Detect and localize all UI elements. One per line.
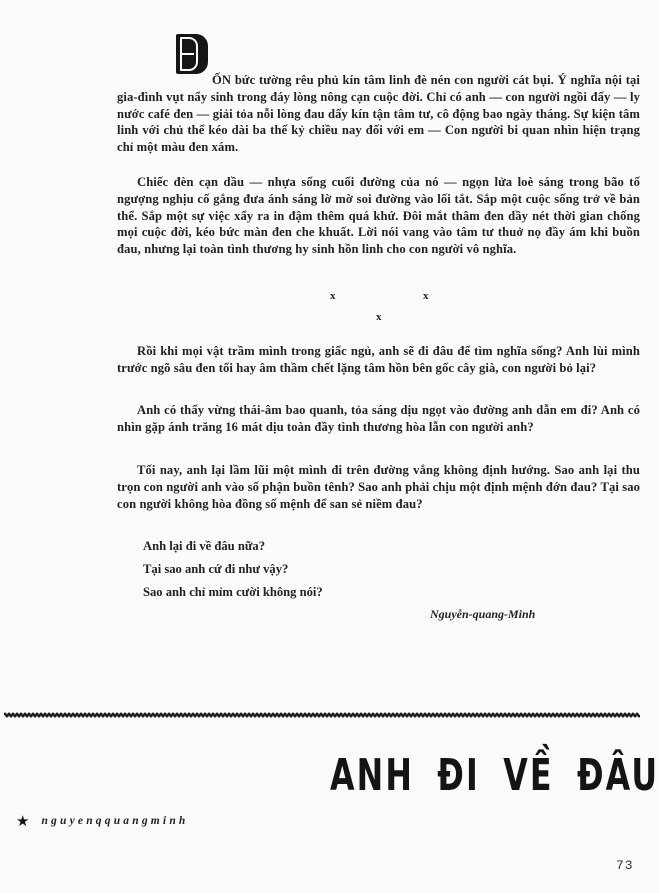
- drop-cap-letter-outline: [180, 37, 198, 71]
- question-line: Tại sao anh cứ đi như vậy?: [143, 562, 288, 577]
- question-line: Anh lại đi về đâu nữa?: [143, 539, 265, 554]
- section-break-mark: x: [423, 290, 429, 302]
- star-icon: ★: [16, 812, 29, 830]
- paragraph-5: Tối nay, anh lại lầm lũi một mình đi trê…: [117, 462, 640, 512]
- paragraph-4-text: Anh có thấy vừng thái-âm bao quanh, tỏa …: [117, 402, 640, 436]
- paragraph-2: Chiếc đèn cạn dầu — nhựa sống cuối đường…: [117, 174, 640, 258]
- paragraph-3-text: Rồi khi mọi vật trầm mình trong giấc ngủ…: [117, 343, 640, 377]
- byline-author: nguyenqquangminh: [41, 815, 188, 827]
- paragraph-5-text: Tối nay, anh lại lầm lũi một mình đi trê…: [117, 462, 640, 512]
- next-article-title: ANH ĐI VỀ ĐÂU: [330, 752, 659, 800]
- question-line: Sao anh chỉ mỉm cười không nói?: [143, 585, 323, 600]
- page-number: 73: [616, 858, 634, 873]
- section-break-mark: x: [330, 290, 336, 302]
- drop-cap: [176, 34, 208, 74]
- section-break-mark: x: [376, 311, 382, 323]
- paragraph-3: Rồi khi mọi vật trầm mình trong giấc ngủ…: [117, 343, 640, 377]
- wavy-divider: [4, 712, 640, 718]
- paragraph-2-text: Chiếc đèn cạn dầu — nhựa sống cuối đường…: [117, 174, 640, 258]
- paragraph-1: ỐN bức tường rêu phủ kín tâm linh đè nén…: [117, 72, 640, 156]
- magazine-page: ỐN bức tường rêu phủ kín tâm linh đè nén…: [0, 0, 659, 893]
- author-signature: Nguyễn-quang-Minh: [430, 607, 535, 622]
- paragraph-4: Anh có thấy vừng thái-âm bao quanh, tỏa …: [117, 402, 640, 436]
- next-article-byline: ★ nguyenqquangminh: [16, 812, 189, 830]
